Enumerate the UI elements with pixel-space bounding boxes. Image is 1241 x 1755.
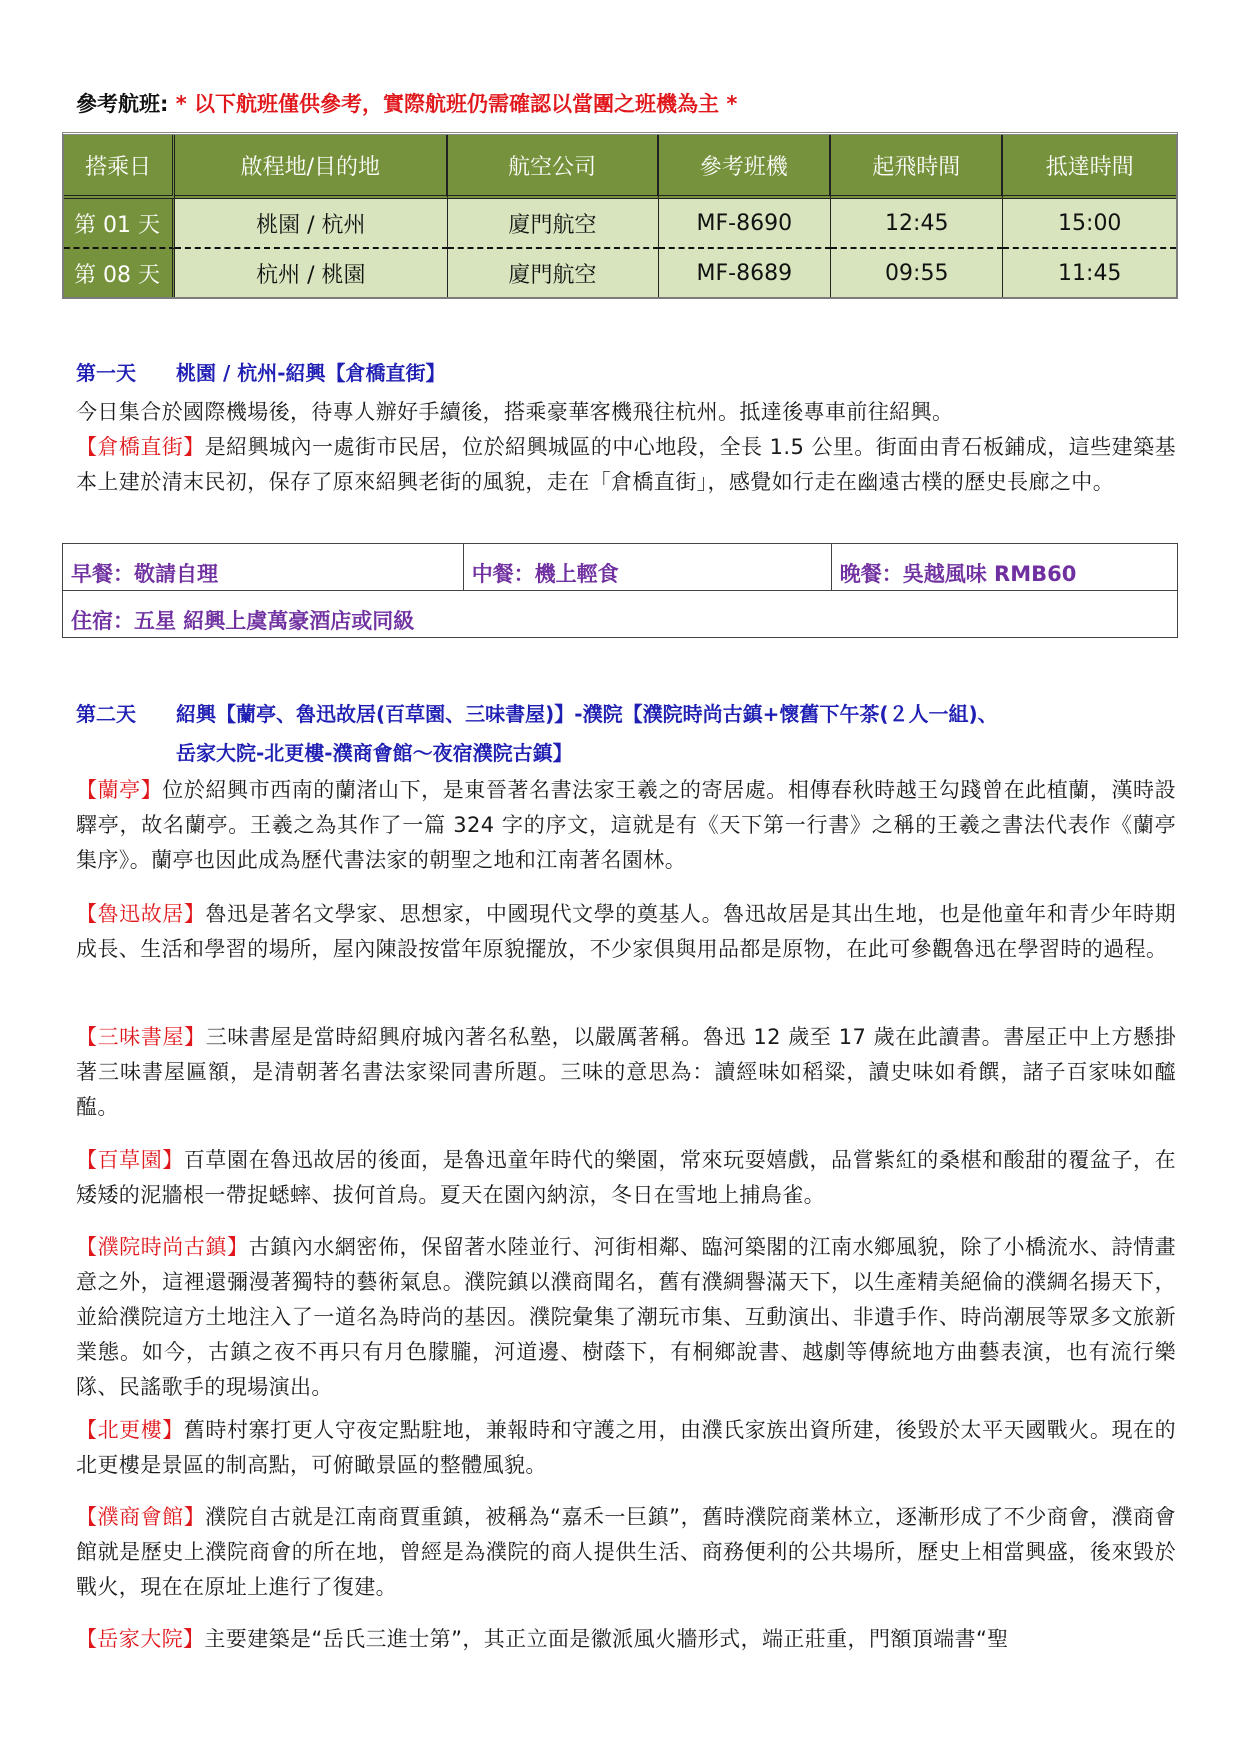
flight-table: 搭乘日 啟程地/目的地 航空公司 參考班機 起飛時間 抵達時間 第 01 天 桃… bbox=[62, 132, 1178, 299]
flight-note-label: 參考航班: bbox=[76, 92, 168, 116]
col-header-arrive: 抵達時間 bbox=[1003, 135, 1176, 199]
cell-airline: 廈門航空 bbox=[448, 249, 659, 297]
cell-airline: 廈門航空 bbox=[448, 199, 659, 249]
day1-title-text: 桃園 / 杭州-紹興【倉橋直街】 bbox=[176, 361, 446, 385]
day2-number: 第二天 bbox=[76, 698, 176, 727]
meal-breakfast: 早餐：敬請自理 bbox=[63, 544, 464, 591]
spot-text: 是紹興城內一處街市民居，位於紹興城區的中心地段，全長 1.5 公里。街面由青石板… bbox=[76, 435, 1176, 494]
cell-route: 桃園 / 杭州 bbox=[175, 199, 447, 249]
spot-text: 濮院自古就是江南商賈重鎮，被稱為“嘉禾一巨鎮”，舊時濮院商業林立，逐漸形成了不少… bbox=[76, 1505, 1176, 1599]
spot-tag: 【濮院時尚古鎮】 bbox=[76, 1235, 249, 1259]
hotel-row: 住宿：五星 紹興上虞萬豪酒店或同級 bbox=[63, 591, 1178, 638]
hotel-info: 住宿：五星 紹興上虞萬豪酒店或同級 bbox=[63, 591, 1178, 638]
cell-depart: 09:55 bbox=[831, 249, 1003, 297]
spot-paragraph: 【蘭亭】位於紹興市西南的蘭渚山下，是東晉著名書法家王羲之的寄居處。相傳春秋時越王… bbox=[76, 773, 1176, 878]
spot-paragraph: 【濮院時尚古鎮】古鎮內水網密佈，保留著水陸並行、河街相鄰、臨河築閣的江南水鄉風貌… bbox=[76, 1230, 1176, 1405]
spot-tag: 【倉橋直街】 bbox=[76, 435, 205, 459]
cell-depart: 12:45 bbox=[831, 199, 1003, 249]
cell-arrive: 15:00 bbox=[1003, 199, 1176, 249]
spot-tag: 【三味書屋】 bbox=[76, 1025, 206, 1049]
meal-lunch: 中餐：機上輕食 bbox=[463, 544, 831, 591]
day2-title-line2: 岳家大院-北更樓-濮商會館～夜宿濮院古鎮】 bbox=[76, 737, 998, 766]
spot-tag: 【北更樓】 bbox=[76, 1418, 184, 1442]
spot-paragraph: 【魯迅故居】魯迅是著名文學家、思想家，中國現代文學的奠基人。魯迅故居是其出生地，… bbox=[76, 897, 1176, 967]
day1-intro: 今日集合於國際機場後，待專人辦好手續後，搭乘豪華客機飛往杭州。抵達後專車前往紹興… bbox=[76, 395, 1176, 430]
spot-paragraph: 【北更樓】舊時村寨打更人守夜定點駐地，兼報時和守護之用，由濮氏家族出資所建，後毀… bbox=[76, 1413, 1176, 1483]
cell-arrive: 11:45 bbox=[1003, 249, 1176, 297]
col-header-flight: 參考班機 bbox=[659, 135, 831, 199]
day2-title-line1: 紹興【蘭亭、魯迅故居(百草園、三味書屋)】-濮院【濮院時尚古鎮+懷舊下午茶(２人… bbox=[176, 702, 998, 726]
col-header-route: 啟程地/目的地 bbox=[175, 135, 447, 199]
cell-flight: MF-8689 bbox=[659, 249, 831, 297]
spot-text: 古鎮內水網密佈，保留著水陸並行、河街相鄰、臨河築閣的江南水鄉風貌，除了小橋流水、… bbox=[76, 1235, 1176, 1399]
spot-paragraph: 【倉橋直街】是紹興城內一處街市民居，位於紹興城區的中心地段，全長 1.5 公里。… bbox=[76, 430, 1176, 500]
spot-tag: 【濮商會館】 bbox=[76, 1505, 205, 1529]
spot-text: 位於紹興市西南的蘭渚山下，是東晉著名書法家王羲之的寄居處。相傳春秋時越王勾踐曾在… bbox=[76, 778, 1176, 872]
flight-note: 參考航班: * 以下航班僅供參考，實際航班仍需確認以當團之班機為主 * bbox=[76, 88, 737, 118]
spot-text: 百草園在魯迅故居的後面，是魯迅童年時代的樂園，常來玩耍嬉戲，品嘗紫紅的桑椹和酸甜… bbox=[76, 1148, 1176, 1207]
cell-day: 第 08 天 bbox=[64, 249, 175, 297]
spot-text: 三味書屋是當時紹興府城內著名私塾，以嚴厲著稱。魯迅 12 歲至 17 歲在此讀書… bbox=[76, 1025, 1176, 1119]
day2-title: 第二天紹興【蘭亭、魯迅故居(百草園、三味書屋)】-濮院【濮院時尚古鎮+懷舊下午茶… bbox=[76, 698, 998, 766]
spot-paragraph: 【岳家大院】主要建築是“岳氏三進士第”，其正立面是徽派風火牆形式，端正莊重，門額… bbox=[76, 1622, 1176, 1657]
col-header-depart: 起飛時間 bbox=[831, 135, 1003, 199]
flight-note-warning: * 以下航班僅供參考，實際航班仍需確認以當團之班機為主 * bbox=[168, 92, 737, 116]
cell-route: 杭州 / 桃園 bbox=[175, 249, 447, 297]
day1-number: 第一天 bbox=[76, 357, 176, 386]
spot-tag: 【魯迅故居】 bbox=[76, 902, 205, 926]
spot-text: 主要建築是“岳氏三進士第”，其正立面是徽派風火牆形式，端正莊重，門額頂端書“聖 bbox=[204, 1627, 1008, 1651]
col-header-day: 搭乘日 bbox=[64, 135, 175, 199]
spot-tag: 【蘭亭】 bbox=[76, 778, 162, 802]
spot-paragraph: 【濮商會館】濮院自古就是江南商賈重鎮，被稱為“嘉禾一巨鎮”，舊時濮院商業林立，逐… bbox=[76, 1500, 1176, 1605]
meals-table: 早餐：敬請自理 中餐：機上輕食 晚餐：吳越風味 RMB60 住宿：五星 紹興上虞… bbox=[62, 543, 1178, 638]
spot-text: 舊時村寨打更人守夜定點駐地，兼報時和守護之用，由濮氏家族出資所建，後毀於太平天國… bbox=[76, 1418, 1176, 1477]
cell-day: 第 01 天 bbox=[64, 199, 175, 249]
spot-tag: 【岳家大院】 bbox=[76, 1627, 204, 1651]
table-row: 第 08 天 杭州 / 桃園 廈門航空 MF-8689 09:55 11:45 bbox=[64, 249, 1176, 297]
table-row: 第 01 天 桃園 / 杭州 廈門航空 MF-8690 12:45 15:00 bbox=[64, 199, 1176, 249]
day1-title: 第一天桃園 / 杭州-紹興【倉橋直街】 bbox=[76, 357, 446, 386]
cell-flight: MF-8690 bbox=[659, 199, 831, 249]
spot-tag: 【百草園】 bbox=[76, 1148, 184, 1172]
spot-paragraph: 【三味書屋】三味書屋是當時紹興府城內著名私塾，以嚴厲著稱。魯迅 12 歲至 17… bbox=[76, 1020, 1176, 1125]
col-header-airline: 航空公司 bbox=[448, 135, 659, 199]
flight-table-header: 搭乘日 啟程地/目的地 航空公司 參考班機 起飛時間 抵達時間 bbox=[64, 135, 1176, 199]
meal-dinner: 晚餐：吳越風味 RMB60 bbox=[831, 544, 1177, 591]
spot-paragraph: 【百草園】百草園在魯迅故居的後面，是魯迅童年時代的樂園，常來玩耍嬉戲，品嘗紫紅的… bbox=[76, 1143, 1176, 1213]
spot-text: 魯迅是著名文學家、思想家，中國現代文學的奠基人。魯迅故居是其出生地，也是他童年和… bbox=[76, 902, 1176, 961]
meals-row: 早餐：敬請自理 中餐：機上輕食 晚餐：吳越風味 RMB60 bbox=[63, 544, 1178, 591]
